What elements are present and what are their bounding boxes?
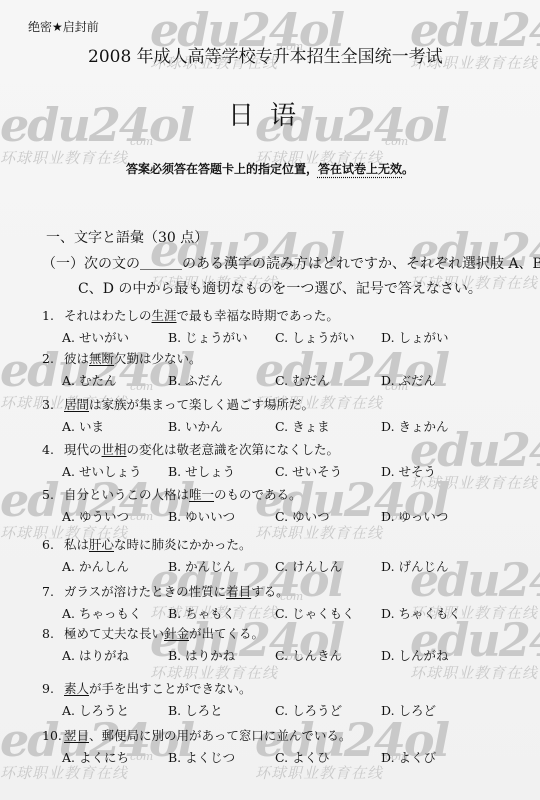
target-word: 着目 — [226, 584, 251, 599]
question-7: 7.ガラスが溶けたときの性質に着目する。 — [42, 582, 289, 600]
notice-text: 答案必须答在答题卡上的指定位置， — [126, 162, 318, 176]
question-text-post: する。 — [251, 584, 289, 599]
option-c[interactable]: C. ゆいつ — [275, 507, 330, 525]
target-word: 針金 — [164, 626, 189, 641]
option-d[interactable]: D. ゆっいつ — [381, 507, 448, 525]
option-a[interactable]: A. しろうと — [62, 701, 129, 719]
target-word: 無断 — [89, 351, 114, 366]
option-b[interactable]: B. よくじつ — [168, 748, 235, 766]
question-6: 6.私は肝心な時に肺炎にかかった。 — [42, 535, 252, 553]
option-a[interactable]: A. ゆういつ — [62, 507, 129, 525]
question-number: 8. — [42, 626, 64, 641]
option-d[interactable]: D. しんがね — [381, 646, 449, 664]
option-d[interactable]: D. げんじん — [381, 557, 449, 575]
question-text-post: で最も幸福な時期であった。 — [177, 308, 339, 323]
question-text-post: 欠勤は少ない。 — [114, 351, 202, 366]
option-c[interactable]: C. じゃくもく — [275, 604, 355, 622]
confidential-label: 绝密★启封前 — [28, 18, 99, 35]
option-a[interactable]: A. いま — [62, 417, 104, 435]
question-text-pre: 彼は — [64, 351, 89, 366]
question-text-post: な時に肺炎にかかった。 — [114, 537, 252, 552]
notice-emphasis: 答在试卷上无效 — [318, 162, 402, 176]
instruction-line-1: （一）次の文の＿＿＿のある漢字の読み方はどれですか、それぞれ選択肢 A、B、 — [42, 252, 540, 277]
question-text-post: が手を出すことができない。 — [89, 681, 252, 696]
target-word: 翌日 — [64, 728, 89, 743]
option-c[interactable]: C. せいそう — [275, 462, 342, 480]
question-text-post: が出てくる。 — [189, 626, 264, 641]
option-a[interactable]: A. せいしょう — [62, 462, 141, 480]
question-number: 1. — [42, 308, 64, 323]
question-number: 3. — [42, 397, 64, 412]
instruction-line-2: C、D の中から最も適切なものを一つ選び、記号で答えなさい。 — [42, 277, 540, 302]
option-d[interactable]: D. しょがい — [381, 328, 449, 346]
option-b[interactable]: B. せしょう — [168, 462, 235, 480]
question-text-pre: ガラスが溶けたときの性質に — [64, 584, 226, 599]
option-b[interactable]: B. しろと — [168, 701, 223, 719]
question-text-post: は家族が集まって楽しく過ごす場所だ。 — [89, 397, 314, 412]
question-8: 8.極めて丈夫な長い針金が出てくる。 — [42, 624, 264, 642]
exam-page: edu24olcom环球职业教育在线edu24olcom环球职业教育在线edu2… — [0, 0, 540, 800]
question-number: 10. — [42, 728, 64, 743]
target-word: 唯一 — [189, 487, 214, 502]
question-text-pre: それはわたしの — [64, 308, 152, 323]
option-b[interactable]: B. はりかね — [168, 646, 235, 664]
option-a[interactable]: A. かんしん — [62, 557, 129, 575]
option-c[interactable]: C. きょま — [275, 417, 330, 435]
question-number: 7. — [42, 584, 64, 599]
option-c[interactable]: C. しょうがい — [275, 328, 355, 346]
option-d[interactable]: D. ちゃくもく — [381, 604, 461, 622]
document-content: 绝密★启封前 2008 年成人高等学校专升本招生全国统一考试 日语 答案必须答在… — [0, 0, 540, 800]
target-word: 肝心 — [89, 537, 114, 552]
option-c[interactable]: C. むだん — [275, 371, 330, 389]
target-word: 世相 — [102, 442, 127, 457]
question-text-pre: 自分というこの人格は — [64, 487, 189, 502]
option-d[interactable]: D. せそう — [381, 462, 436, 480]
option-c[interactable]: C. しんきん — [275, 646, 342, 664]
option-c[interactable]: C. しろうど — [275, 701, 342, 719]
question-text-pre: 現代の — [64, 442, 102, 457]
question-text-pre: 極めて丈夫な長い — [64, 626, 164, 641]
subject-title: 日语 — [0, 95, 540, 132]
exam-title: 2008 年成人高等学校专升本招生全国统一考试 — [88, 42, 443, 67]
question-number: 5. — [42, 487, 64, 502]
option-d[interactable]: D. きょかん — [381, 417, 449, 435]
target-word: 生涯 — [152, 308, 177, 323]
option-d[interactable]: D. よくび — [381, 748, 436, 766]
question-text-post: のものである。 — [214, 487, 302, 502]
question-4: 4.現代の世相の変化は敬老意識を次第になくした。 — [42, 440, 339, 458]
option-b[interactable]: B. ふだん — [168, 371, 223, 389]
option-a[interactable]: A. ちゃっもく — [62, 604, 141, 622]
option-d[interactable]: D. しろど — [381, 701, 436, 719]
section-instructions: （一）次の文の＿＿＿のある漢字の読み方はどれですか、それぞれ選択肢 A、B、 C… — [42, 252, 540, 302]
question-9: 9.素人が手を出すことができない。 — [42, 679, 252, 697]
notice-end: 。 — [402, 162, 414, 176]
option-c[interactable]: C. けんしん — [275, 557, 342, 575]
option-d[interactable]: D. ぶだん — [381, 371, 436, 389]
option-b[interactable]: B. ゆいいつ — [168, 507, 235, 525]
target-word: 素人 — [64, 681, 89, 696]
question-text-post: の変化は敬老意識を次第になくした。 — [127, 442, 340, 457]
option-b[interactable]: B. じょうがい — [168, 328, 248, 346]
question-number: 2. — [42, 351, 64, 366]
question-1: 1.それはわたしの生涯で最も幸福な時期であった。 — [42, 306, 339, 324]
question-number: 6. — [42, 537, 64, 552]
question-10: 10.翌日、郵便局に別の用があって窓口に並んでいる。 — [42, 726, 351, 744]
option-a[interactable]: A. せいがい — [62, 328, 129, 346]
question-number: 9. — [42, 681, 64, 696]
question-number: 4. — [42, 442, 64, 457]
option-b[interactable]: B. いかん — [168, 417, 223, 435]
option-b[interactable]: B. かんじん — [168, 557, 235, 575]
answer-notice: 答案必须答在答题卡上的指定位置，答在试卷上无效。 — [0, 160, 540, 177]
target-word: 居間 — [64, 397, 89, 412]
option-a[interactable]: A. よくにち — [62, 748, 129, 766]
question-2: 2.彼は無断欠勤は少ない。 — [42, 349, 202, 367]
option-b[interactable]: B. ちゃもく — [168, 604, 235, 622]
question-text-pre: 私は — [64, 537, 89, 552]
option-a[interactable]: A. むたん — [62, 371, 116, 389]
question-5: 5.自分というこの人格は唯一のものである。 — [42, 485, 302, 503]
question-3: 3.居間は家族が集まって楽しく過ごす場所だ。 — [42, 395, 314, 413]
question-text-post: 、郵便局に別の用があって窓口に並んでいる。 — [89, 728, 351, 743]
section-heading: 一、文字と語彙（30 点） — [46, 227, 208, 247]
option-a[interactable]: A. はりがね — [62, 646, 129, 664]
option-c[interactable]: C. よくひ — [275, 748, 330, 766]
